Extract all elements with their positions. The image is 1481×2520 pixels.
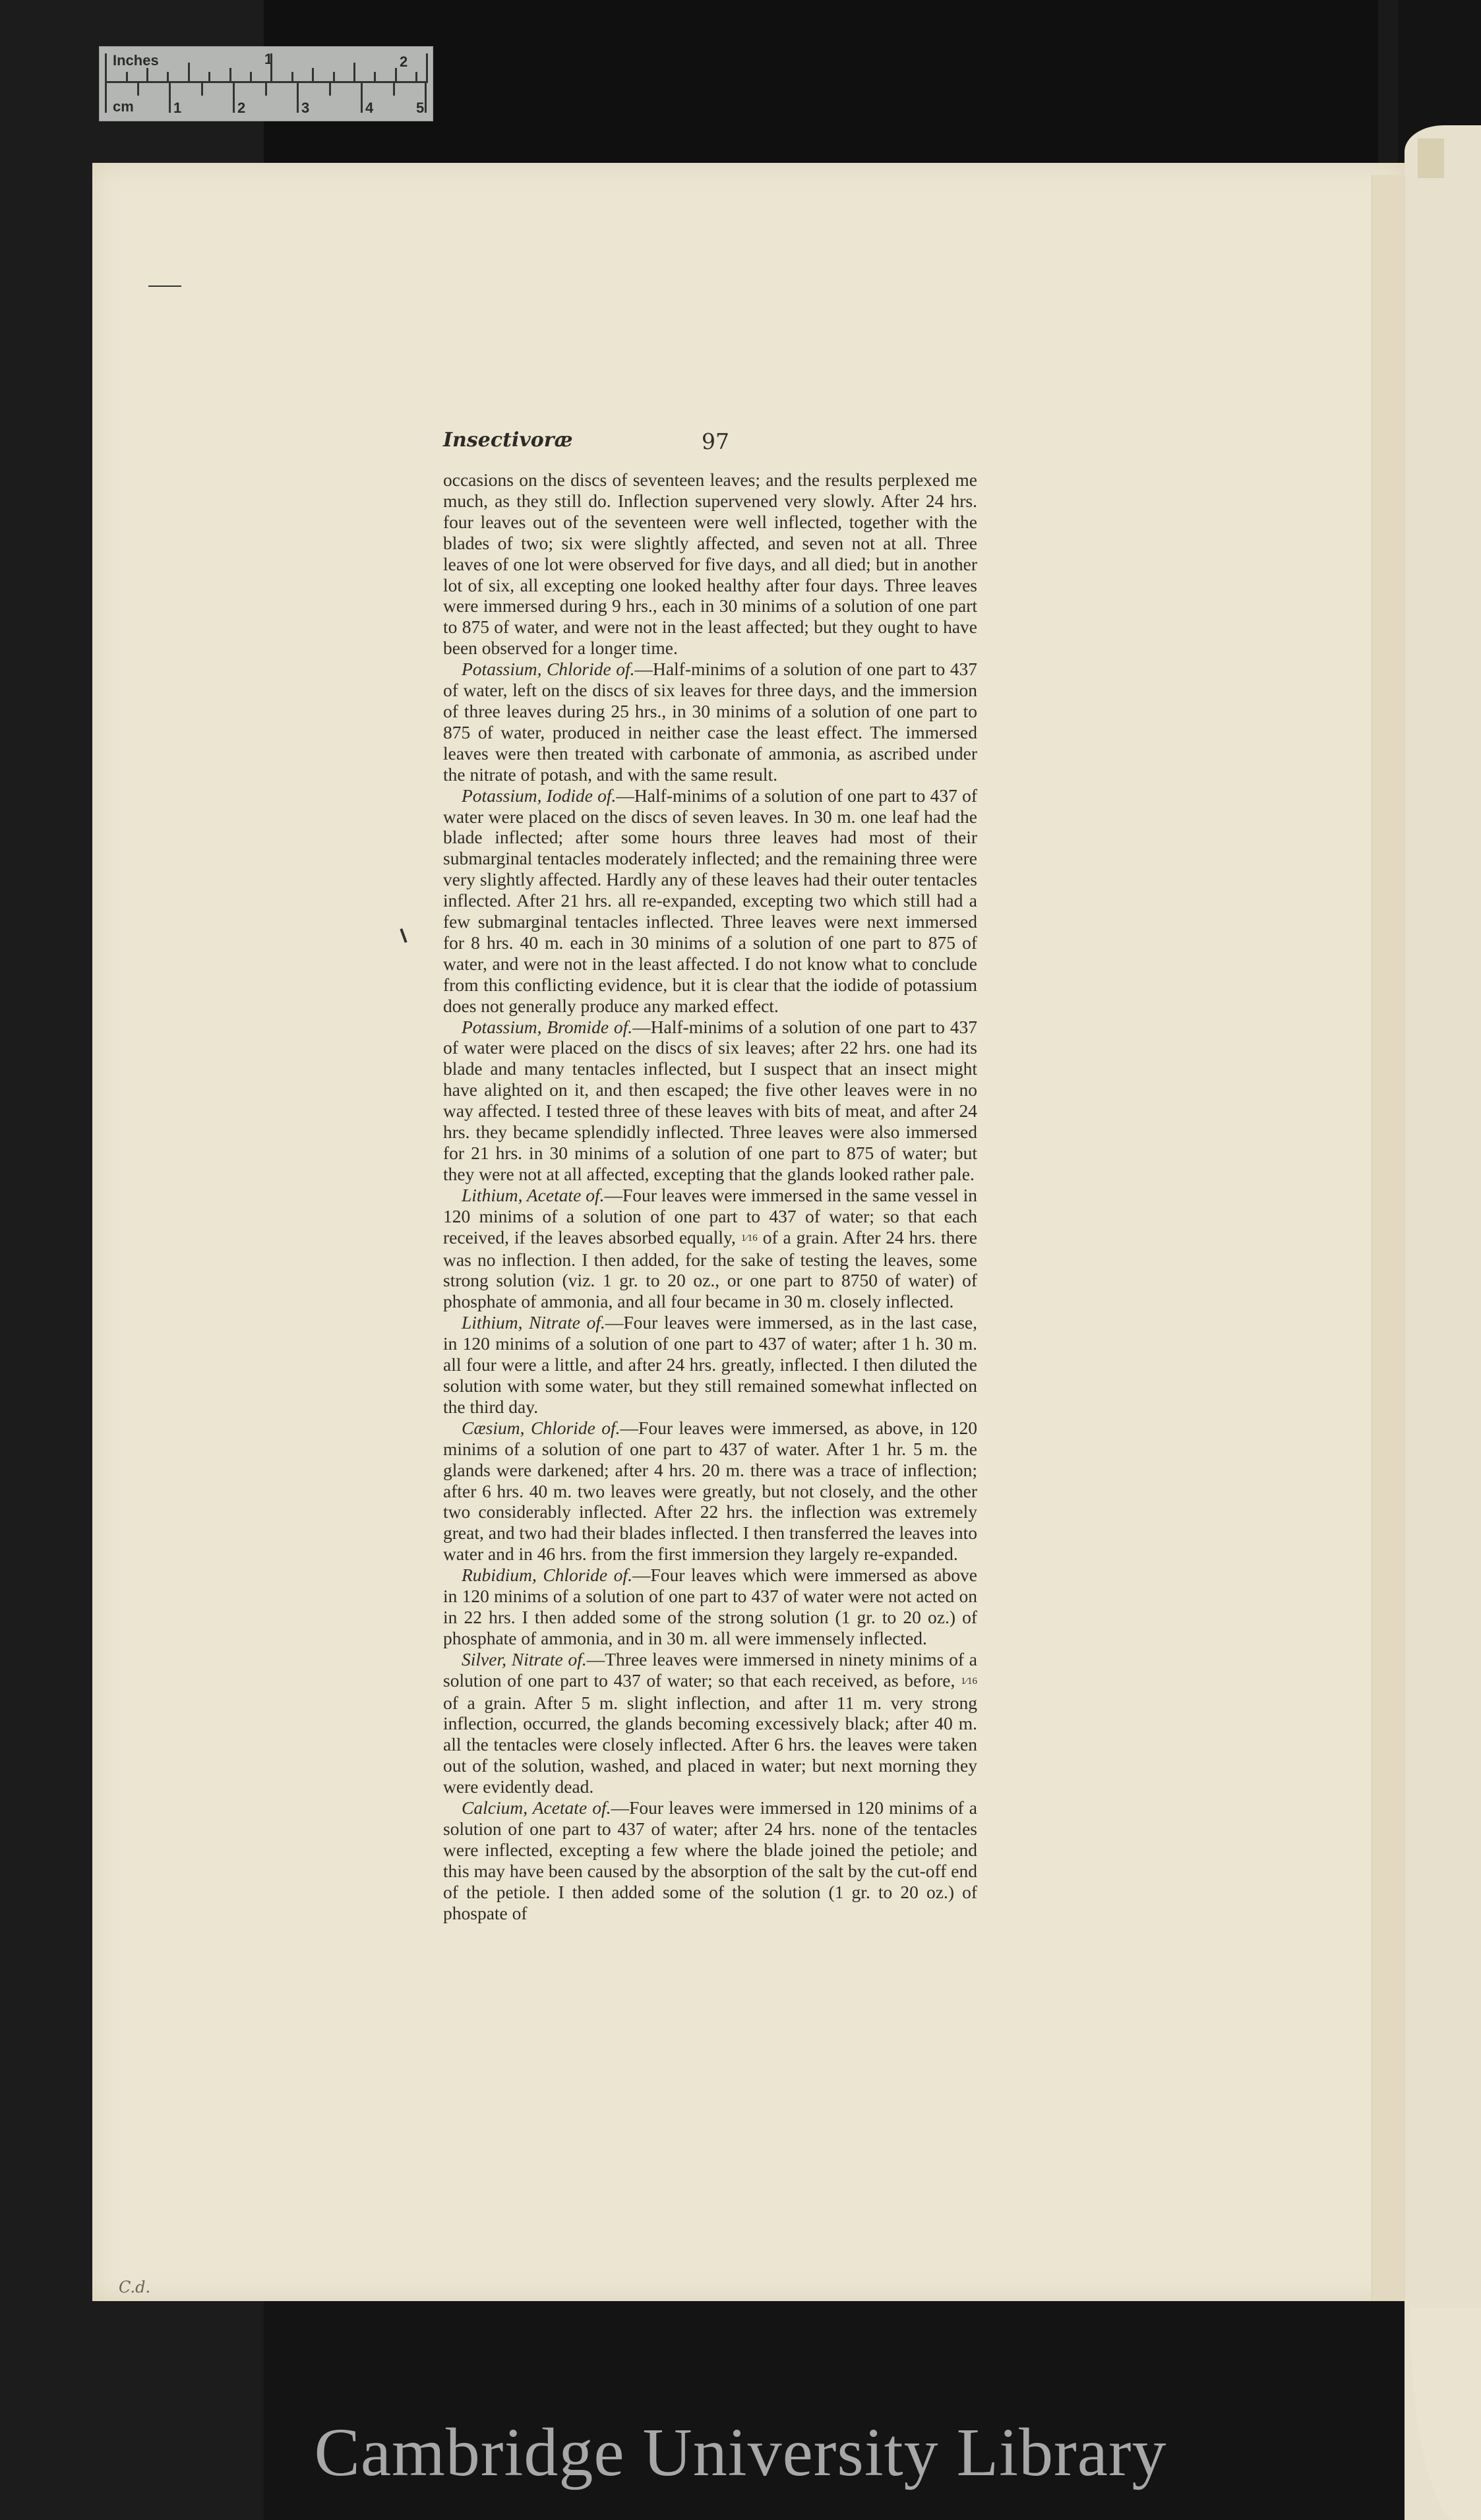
ruler-tick [312, 68, 314, 82]
fraction: 1⁄16 [741, 1233, 758, 1244]
ruler-tick [361, 81, 363, 113]
paragraph-subject: Silver, Nitrate of. [462, 1649, 587, 1669]
paragraph-subject: Lithium, Acetate of. [462, 1185, 605, 1205]
ruler-cm-mark: 1 [173, 100, 181, 117]
ruler-tick [329, 81, 331, 96]
ruler-tick [374, 72, 376, 82]
scan-board-right [1378, 0, 1398, 171]
ruler-tick [169, 81, 171, 113]
ruler-tick [333, 72, 335, 82]
ruler-cm-mark: 4 [365, 100, 373, 117]
ruler-tick [105, 81, 107, 113]
ruler-tick [137, 81, 139, 96]
paragraph-subject: Potassium, Chloride of. [462, 659, 634, 679]
paragraph-lithium-acetate: Lithium, Acetate of.—Four leaves were im… [443, 1185, 977, 1312]
paragraph-caesium-chloride: Cæsium, Chloride of.—Four leaves were im… [443, 1418, 977, 1565]
ruler-tick [425, 81, 427, 113]
paragraph-silver-nitrate: Silver, Nitrate of.—Three leaves were im… [443, 1649, 977, 1797]
ruler-tick [270, 53, 272, 83]
ruler-cm-mark: 5 [416, 100, 424, 117]
ruler-tick [265, 81, 267, 96]
paragraph-continuation: occasions on the discs of seventeen leav… [443, 469, 977, 659]
binding-strip [1418, 138, 1444, 178]
paragraph-subject: Rubidium, Chloride of. [462, 1565, 632, 1585]
ruler-tick [395, 68, 397, 82]
ruler-tick [167, 72, 169, 82]
scale-ruler: Inches 1 2 cm 1 2 3 4 5 [99, 46, 433, 121]
paragraph-lithium-nitrate: Lithium, Nitrate of.—Four leaves were im… [443, 1312, 977, 1418]
paragraph-subject: Potassium, Iodide of. [462, 785, 616, 806]
ruler-tick [291, 72, 293, 82]
ruler-tick [229, 68, 231, 82]
ruler-inches-label: Inches [113, 52, 159, 69]
ruler-cm-mark: 3 [301, 100, 309, 117]
paragraph-subject: Potassium, Bromide of. [462, 1017, 632, 1037]
ruler-tick [393, 81, 395, 96]
ruler-tick [415, 72, 417, 82]
paragraph-rubidium-chloride: Rubidium, Chloride of.—Four leaves which… [443, 1565, 977, 1649]
ruler-tick [353, 63, 355, 82]
adjacent-page-edge [1405, 125, 1481, 2520]
paragraph-subject: Calcium, Acetate of. [462, 1797, 611, 1818]
ruler-tick [188, 63, 190, 82]
paragraph-potassium-chloride: Potassium, Chloride of.—Half-minims of a… [443, 659, 977, 785]
paragraph-potassium-bromide: Potassium, Bromide of.—Half-minims of a … [443, 1017, 977, 1185]
running-head: Insectivoræ [443, 429, 573, 452]
ruler-cm-label: cm [113, 98, 134, 115]
ruler-tick [126, 72, 128, 82]
page-header: Insectivoræ 97 [443, 429, 977, 455]
library-watermark: Cambridge University Library [0, 2413, 1481, 2492]
ruler-tick [146, 68, 148, 82]
page-number: 97 [702, 429, 729, 454]
body-text: occasions on the discs of seventeen leav… [443, 469, 977, 1924]
ruler-tick [233, 81, 235, 113]
ruler-tick [426, 53, 428, 83]
page-gutter-fold [1372, 175, 1405, 2301]
pencil-annotation: C.d. [119, 2278, 150, 2296]
margin-ink-mark [148, 285, 181, 287]
ruler-tick [208, 72, 210, 82]
ruler-inch-mark: 2 [400, 53, 408, 71]
ruler-tick [201, 81, 203, 96]
fraction: 1⁄16 [961, 1676, 977, 1687]
paragraph-potassium-iodide: Potassium, Iodide of.—Half-minims of a s… [443, 785, 977, 1017]
paragraph-subject: Cæsium, Chloride of. [462, 1418, 620, 1438]
ruler-cm-mark: 2 [237, 100, 245, 117]
ruler-tick [297, 81, 299, 113]
paragraph-subject: Lithium, Nitrate of. [462, 1312, 605, 1333]
ruler-tick [250, 72, 252, 82]
paragraph-calcium-acetate: Calcium, Acetate of.—Four leaves were im… [443, 1797, 977, 1923]
ruler-tick [105, 53, 107, 83]
